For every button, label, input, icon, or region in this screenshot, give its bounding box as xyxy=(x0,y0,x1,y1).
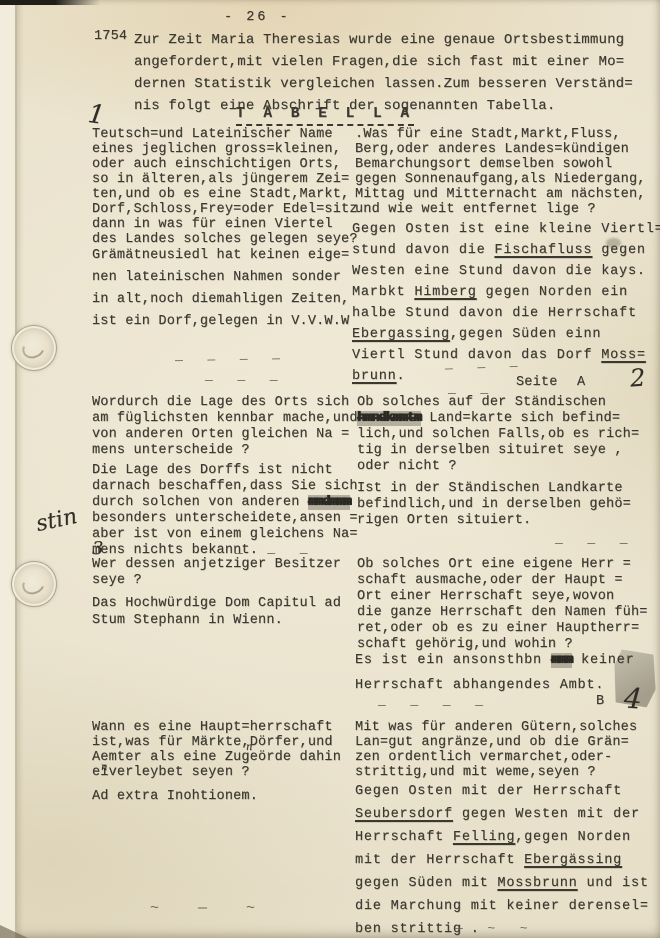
handwritten-number-2: 2 xyxy=(629,364,646,393)
question-3-left: Wer dessen anjetziger Besitzerseye ? xyxy=(92,557,341,589)
pencil-dash-mark: — — — xyxy=(445,359,521,377)
answer-1-left: Grämätneusiedl hat keinen eige=nen latei… xyxy=(92,245,349,333)
pencil-dash-mark: — — — xyxy=(555,536,631,551)
question-1-left: Teutsch=und Lateinischer Nameeines jegli… xyxy=(92,127,358,247)
question-3-right: Ob solches Ort eine eigene Herr =schaft … xyxy=(357,557,648,653)
question-2-left: Wordurch die Lage des Orts sicham füglic… xyxy=(92,395,358,459)
answer-3-left: Das Hochwürdige Dom Capitul adStum Steph… xyxy=(92,595,341,629)
paper-top-edge-shadow xyxy=(0,0,100,5)
punch-hole-top xyxy=(11,325,57,371)
answer-2-right: Ist in der Ständischen Landkartebefindli… xyxy=(357,481,631,529)
question-4-left: Wann es eine Haupt=herrschaftist,was für… xyxy=(92,720,341,780)
page-number: - 26 - xyxy=(224,10,291,25)
answer-4-right: Gegen Osten mit der HerrschaftSeubersdor… xyxy=(355,780,649,938)
scanned-document-page: - 26 - 1754 Zur Zeit Maria Theresias wur… xyxy=(0,0,660,938)
pencil-dash-mark: — — — xyxy=(205,373,281,388)
pencil-dash-mark: — ~ ~ xyxy=(455,921,531,936)
handwritten-number-3: 3 xyxy=(92,538,103,559)
pencil-dash-mark: ~ — ~ xyxy=(150,900,258,917)
answer-2-left: Die Lage des Dorffs ist nichtdarnach bes… xyxy=(92,463,358,559)
question-2-right: Ob solches auf der Ständischenhmndkmmtm … xyxy=(357,395,639,475)
tabella-title: T A B E L L A xyxy=(236,107,414,126)
section-letter-b: B xyxy=(596,694,604,709)
handwritten-insert-n: n xyxy=(101,762,107,773)
question-4-right: Mit was für anderen Gütern,solchesLan=gu… xyxy=(355,720,637,780)
intro-paragraph: Zur Zeit Maria Theresias wurde eine gena… xyxy=(134,29,633,117)
punch-hole-bottom xyxy=(11,561,57,607)
seite-value: A xyxy=(577,375,585,390)
year-label: 1754 xyxy=(94,29,127,44)
seite-label: Seite xyxy=(516,375,558,390)
paper-left-edge xyxy=(0,0,17,938)
handwritten-margin-note: stin xyxy=(34,504,80,537)
pencil-dash-mark: — — — — xyxy=(378,698,486,713)
answer-4-left: Ad extra Inohtionem. xyxy=(92,789,258,804)
handwritten-number-4: 4 xyxy=(623,681,643,715)
question-1-right: .Was für eine Stadt,Markt,Fluss,Berg,ode… xyxy=(355,127,646,217)
answer-3-right: Es ist ein ansonsthbn mmm keinerHerrscha… xyxy=(355,648,634,698)
pencil-dash-mark: — — — — xyxy=(175,351,283,368)
handwritten-insert-n: n xyxy=(246,742,252,753)
